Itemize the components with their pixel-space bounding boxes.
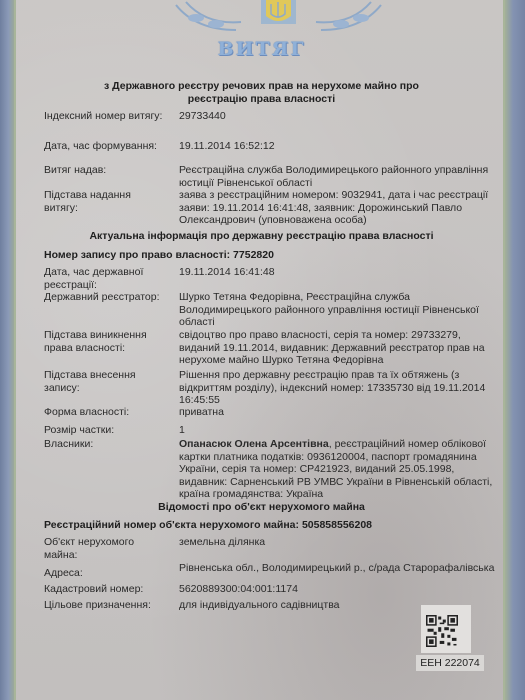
document-title: ВИТЯГ: [16, 38, 507, 60]
registration-section-title: Актуальна інформація про державну реєстр…: [16, 230, 507, 242]
document-subtitle: з Державного реєстру речових прав на нер…: [16, 80, 507, 106]
document-frame-right: [505, 0, 525, 700]
owner-name: Опанасюк Олена Арсентівна: [179, 438, 329, 450]
document-frame-left: [0, 0, 14, 700]
property-reg-heading: Реєстраційний номер об'єкта нерухомого м…: [44, 519, 372, 531]
serial-number: ЕЕН 222074: [416, 655, 484, 671]
document-sheet: ВИТЯГ з Державного реєстру речових прав …: [14, 0, 505, 700]
qr-code-icon: [426, 615, 458, 647]
property-section-title: Відомості про об'єкт нерухомого майна: [16, 501, 507, 513]
record-number-heading: Номер запису про право власності: 775282…: [44, 249, 274, 261]
coat-of-arms-icon: [166, 0, 391, 36]
